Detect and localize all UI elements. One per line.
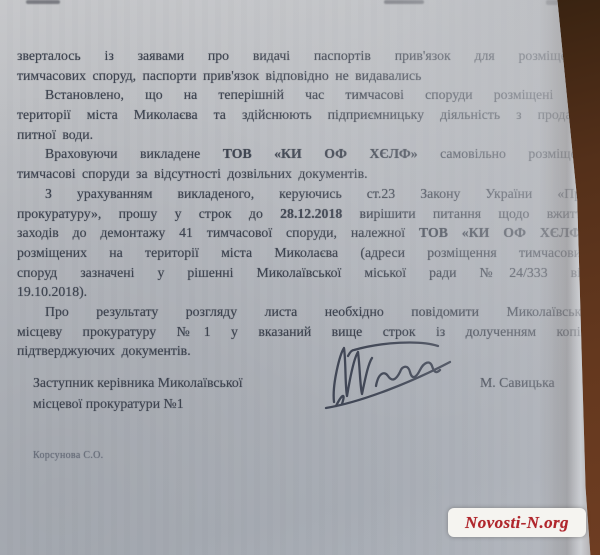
signoff-title-line2: місцевої прокуратури №1 xyxy=(33,393,243,414)
document-line: прокуратуру», прошу у строк до 28.12.201… xyxy=(17,204,588,224)
document-line: З урахуванням викладеного, керуючись ст.… xyxy=(17,184,588,204)
photo-background: { "colors": { "ink": "#3e4450", "paper":… xyxy=(0,0,600,555)
signoff-position-title: Заступник керівника Миколаївської місцев… xyxy=(33,372,243,414)
document-page: зверталось із заявами про видачі паспорт… xyxy=(0,0,600,555)
document-line: території міста Миколаєва та здійснюють … xyxy=(17,105,588,125)
document-line: тимчасових споруд, паспорти прив'язок ві… xyxy=(17,66,588,86)
watermark-badge: Novosti-N.org xyxy=(448,508,586,537)
document-line: заходів до демонтажу 41 тимчасової спору… xyxy=(17,223,588,243)
document-line: місцеву прокуратуру №1 у вказаний вище с… xyxy=(17,322,588,342)
watermark-label: Novosti-N.org xyxy=(465,513,569,533)
top-edge-text-artifact xyxy=(546,0,574,5)
signer-name: М. Савицька xyxy=(480,375,555,391)
document-line: питної води. xyxy=(17,125,588,145)
document-line: Про результату розгляду листа необхідно … xyxy=(17,302,588,322)
top-edge-text-artifact xyxy=(384,0,424,4)
document-line: тимчасові споруди за відсутності дозвіль… xyxy=(17,164,588,184)
document-text: зверталось із заявами про видачі паспорт… xyxy=(17,46,588,361)
executor-name: Корсунова С.О. xyxy=(33,450,103,461)
document-line: 19.10.2018). xyxy=(17,282,588,302)
document-line: Встановлено, що на теперішній час тимчас… xyxy=(17,85,588,105)
document-line: розміщених на території міста Миколаєва … xyxy=(17,243,588,263)
document-line: споруд зазначені у рішенні Миколаївської… xyxy=(17,263,588,283)
signoff-title-line1: Заступник керівника Миколаївської xyxy=(33,372,243,393)
document-line: зверталось із заявами про видачі паспорт… xyxy=(17,46,588,66)
top-edge-text-artifact xyxy=(26,0,60,4)
document-line: Враховуючи викладене ТОВ «КИ ОФ ХЄЛФ» са… xyxy=(17,144,588,164)
document-line: підтверджуючих документів. xyxy=(17,341,588,361)
photo-of-document: зверталось із заявами про видачі паспорт… xyxy=(0,0,600,555)
handwritten-signature xyxy=(312,334,462,412)
